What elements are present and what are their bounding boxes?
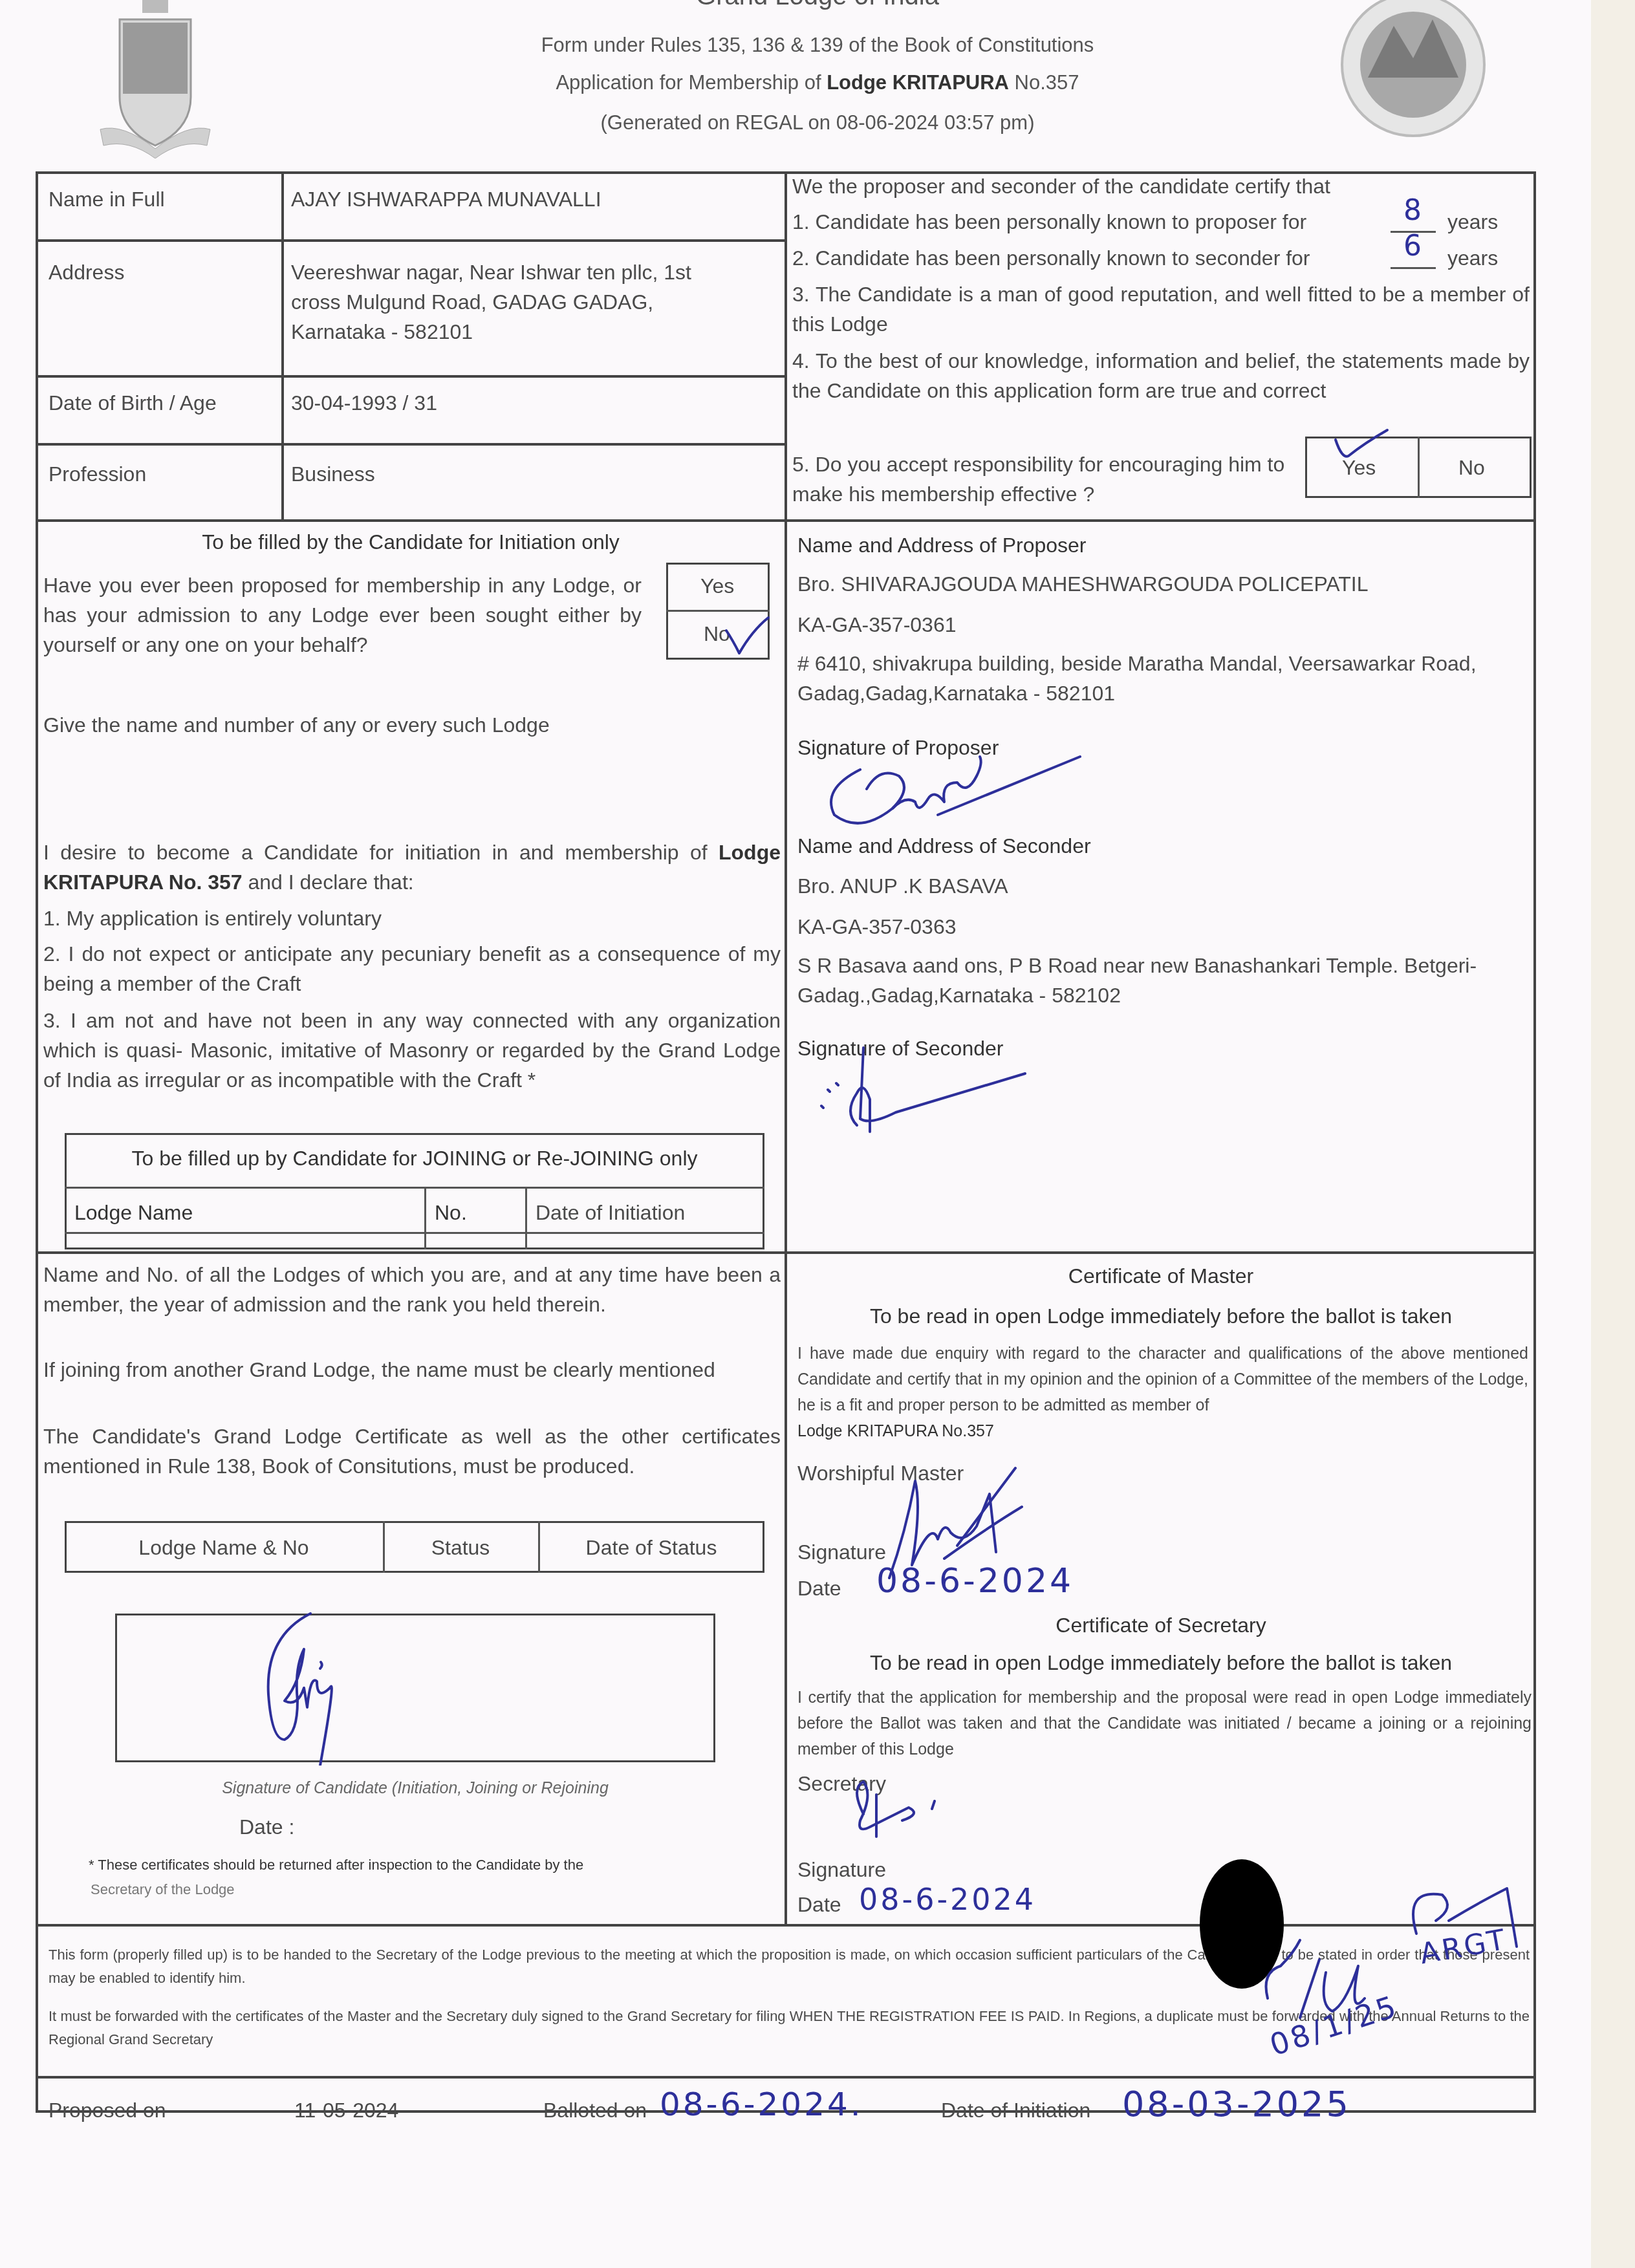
master-certificate-lodge: Lodge KRITAPURA No.357 <box>797 1418 994 1444</box>
candidate-date-label: Date : <box>239 1812 294 1842</box>
regional-grand-lodge-southern-india-seal-icon <box>1323 0 1504 155</box>
master-certificate-subtitle: To be read in open Lodge immediately bef… <box>786 1301 1536 1331</box>
certification-item-4: 4. To the best of our knowledge, informa… <box>792 346 1530 405</box>
date-of-initiation-label: Date of Initiation <box>941 2095 1090 2125</box>
years-label: years <box>1447 243 1498 273</box>
section-divider <box>36 2076 1536 2079</box>
secretary-certificate-title: Certificate of Secretary <box>786 1610 1536 1640</box>
col-date-of-status: Date of Status <box>538 1533 764 1562</box>
lodges-membership-instruction: Name and No. of all the Lodges of which … <box>43 1260 781 1319</box>
proposer-address: # 6410, shivakrupa building, beside Mara… <box>797 649 1522 708</box>
secretary-signature-label: Signature <box>797 1855 886 1885</box>
table-col-divider <box>525 1187 527 1249</box>
checkmark-icon <box>1329 427 1394 466</box>
proposed-on-value[interactable]: 11-05-2024 <box>294 2095 398 2125</box>
secretary-signature <box>844 1769 973 1840</box>
item1-text: 1. Candidate has been personally known t… <box>792 210 1306 233</box>
row-divider <box>36 443 786 446</box>
name-value[interactable]: AJAY ISHWARAPPA MUNAVALLI <box>291 184 776 214</box>
proposer-years-value[interactable]: 8 <box>1403 194 1424 227</box>
application-prefix: Application for Membership of <box>556 71 827 94</box>
box-divider <box>1418 437 1420 498</box>
proposer-name: Bro. SHIVARAJGOUDA MAHESHWARGOUDA POLICE… <box>797 569 1369 599</box>
proposer-signature <box>821 737 1093 834</box>
section-divider <box>36 1251 1536 1254</box>
certificates-return-note: * These certificates should be returned … <box>89 1853 583 1877</box>
secretary-certificate-body: I certify that the application for membe… <box>797 1685 1532 1762</box>
certification-item-2: 2. Candidate has been personally known t… <box>792 243 1310 273</box>
master-certificate-body: I have made due enquiry with regard to t… <box>797 1341 1528 1418</box>
col-date-of-initiation: Date of Initiation <box>536 1198 685 1227</box>
desire-statement: I desire to become a Candidate for initi… <box>43 837 781 897</box>
address-label: Address <box>49 257 124 287</box>
secretary-date-label: Date <box>797 1890 841 1919</box>
certification-intro: We the proposer and seconder of the cand… <box>792 171 1330 201</box>
col-status: Status <box>383 1533 538 1562</box>
row-divider <box>36 239 786 242</box>
candidate-signature <box>259 1610 388 1766</box>
proposed-yes-option[interactable]: Yes <box>700 574 734 598</box>
certificates-return-note-line2: Secretary of the Lodge <box>91 1878 235 1901</box>
table-col-divider <box>424 1187 426 1249</box>
dob-value[interactable]: 30-04-1993 / 31 <box>291 388 437 418</box>
secretary-date-value[interactable]: 08-6-2024 <box>859 1882 1036 1917</box>
balloted-on-value[interactable]: 08-6-2024. <box>660 2086 863 2123</box>
item2-text: 2. Candidate has been personally known t… <box>792 246 1310 270</box>
declaration-1: 1. My application is entirely voluntary <box>43 903 382 933</box>
secretary-certificate-subtitle: To be read in open Lodge immediately bef… <box>786 1648 1536 1678</box>
declaration-3: 3. I am not and have not been in any way… <box>43 1006 781 1095</box>
proposer-id: KA-GA-357-0361 <box>797 610 956 640</box>
years-label: years <box>1447 207 1498 237</box>
proposed-on-label: Proposed on <box>49 2095 166 2125</box>
name-label: Name in Full <box>49 184 165 214</box>
certification-item-3: 3. The Candidate is a man of good reputa… <box>792 279 1530 339</box>
proposer-heading: Name and Address of Proposer <box>797 530 1086 560</box>
application-lodge-no: No.357 <box>1009 71 1079 94</box>
address-value[interactable]: Veereshwar nagar, Near Ishwar ten pllc, … <box>291 257 731 347</box>
master-signature-label: Signature <box>797 1537 886 1567</box>
other-grand-lodge-instruction: If joining from another Grand Lodge, the… <box>43 1355 781 1385</box>
initiation-heading: To be filled by the Candidate for Initia… <box>36 527 786 557</box>
responsibility-no-option[interactable]: No <box>1458 456 1485 480</box>
seconder-signature <box>812 1041 1038 1138</box>
application-lodge: Lodge KRITAPURA <box>827 71 1009 94</box>
years-underline <box>1391 267 1436 269</box>
seconder-heading: Name and Address of Seconder <box>797 831 1091 861</box>
declaration-2: 2. I do not expect or anticipate any pec… <box>43 939 781 999</box>
label-divider <box>281 171 284 521</box>
candidate-signature-caption: Signature of Candidate (Initiation, Join… <box>115 1775 715 1801</box>
seconder-name: Bro. ANUP .K BASAVA <box>797 871 1008 901</box>
certification-item-1: 1. Candidate has been personally known t… <box>792 207 1306 237</box>
seconder-id: KA-GA-357-0363 <box>797 912 956 942</box>
table-divider <box>65 1187 764 1189</box>
col-no: No. <box>435 1198 467 1227</box>
date-of-initiation-value[interactable]: 08-03-2025 <box>1122 2084 1351 2124</box>
joining-table-heading: To be filled up by Candidate for JOINING… <box>65 1143 764 1173</box>
col-lodge-name-no: Lodge Name & No <box>65 1533 383 1562</box>
master-date-value[interactable]: 08-6-2024 <box>876 1562 1074 1601</box>
table-divider <box>65 1232 764 1234</box>
balloted-on-label: Balloted on <box>543 2095 647 2125</box>
desire-prefix: I desire to become a Candidate for initi… <box>43 841 719 864</box>
dob-label: Date of Birth / Age <box>49 388 217 418</box>
certificate-instruction: The Candidate's Grand Lodge Certificate … <box>43 1421 781 1481</box>
master-date-label: Date <box>797 1573 841 1603</box>
candidate-signature-box[interactable] <box>115 1614 715 1762</box>
col-lodge-name: Lodge Name <box>74 1198 193 1227</box>
section-divider <box>36 519 1536 522</box>
desire-suffix: and I declare that: <box>243 870 414 894</box>
checkmark-icon <box>723 611 775 663</box>
master-certificate-title: Certificate of Master <box>786 1261 1536 1291</box>
profession-label: Profession <box>49 459 146 489</box>
seconder-address: S R Basava aand ons, P B Road near new B… <box>797 951 1522 1010</box>
row-divider <box>36 375 786 378</box>
scan-edge <box>1591 0 1635 2268</box>
seconder-years-value[interactable]: 6 <box>1403 230 1424 263</box>
certification-item-5: 5. Do you accept responsibility for enco… <box>792 449 1310 509</box>
initiation-question: Have you ever been proposed for membersh… <box>43 570 642 660</box>
give-lodge-name-prompt: Give the name and number of any or every… <box>43 710 550 740</box>
profession-value[interactable]: Business <box>291 459 375 489</box>
